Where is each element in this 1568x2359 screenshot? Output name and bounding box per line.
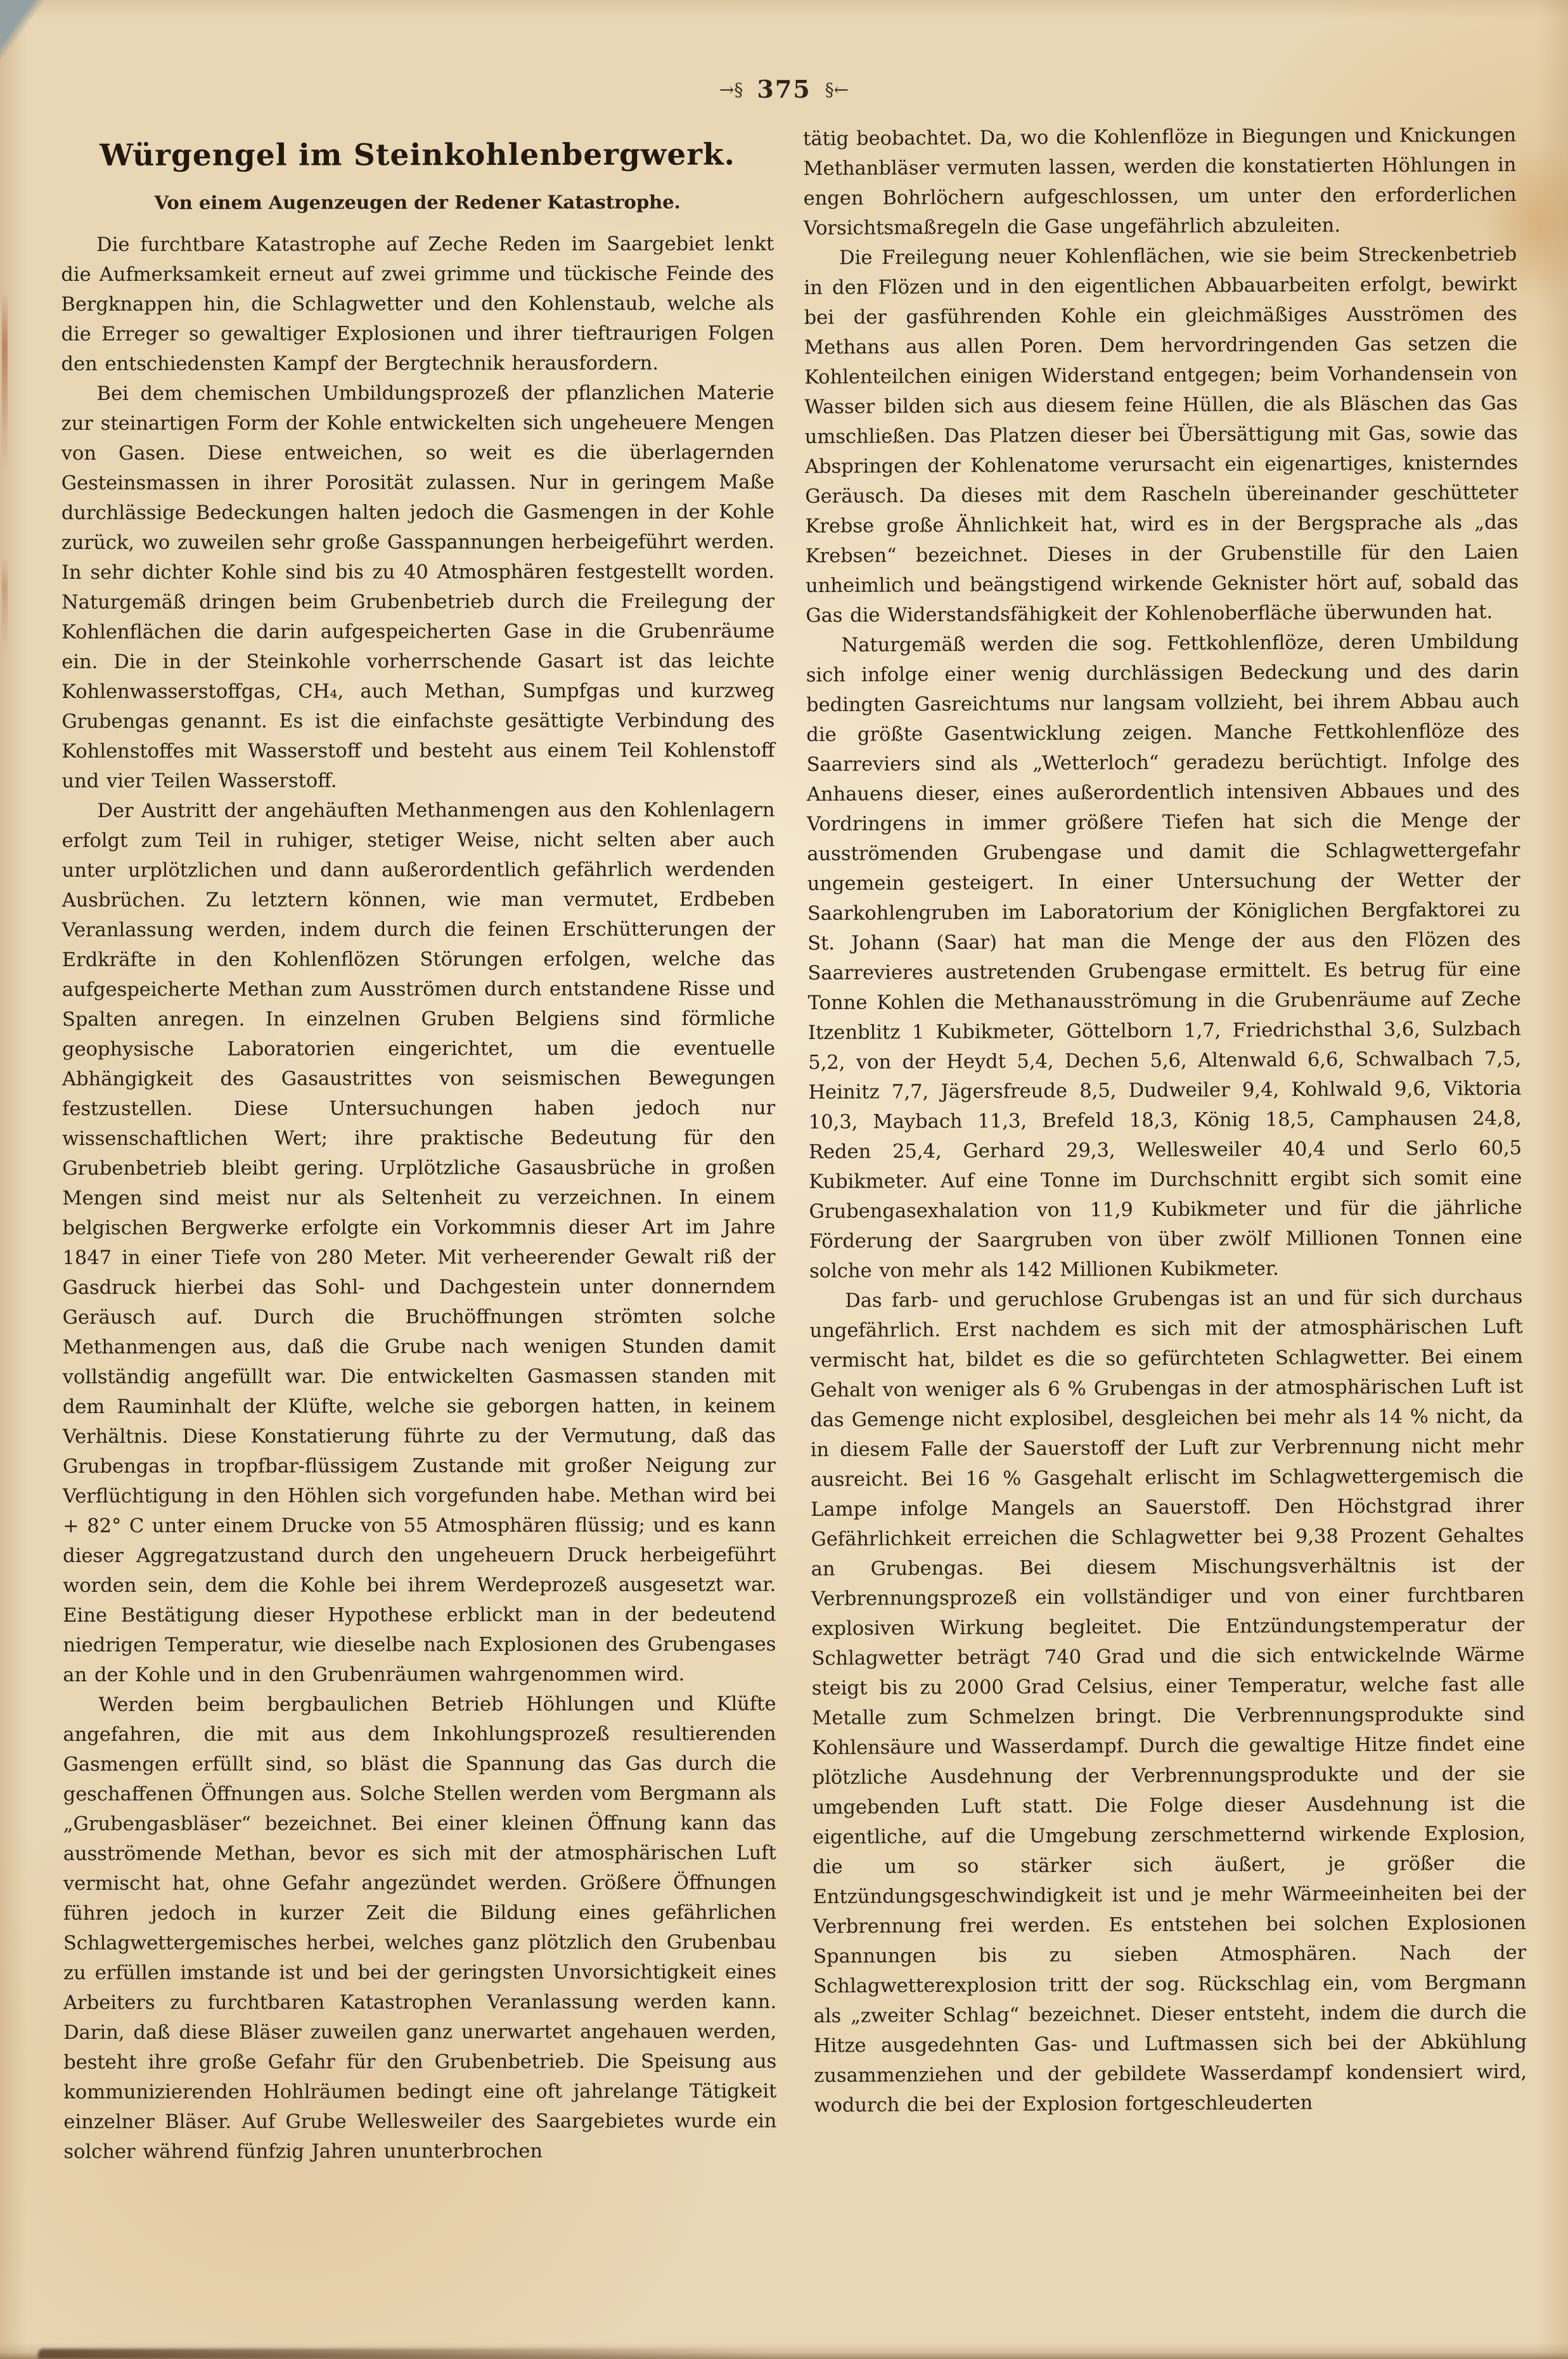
page-ornament-left-icon: →§ (719, 79, 743, 100)
article-subtitle: Von einem Augenzeugen der Redener Katast… (61, 191, 774, 214)
right-column: tätig beobachtet. Da, wo die Kohlenflöze… (803, 120, 1527, 2167)
article: Würgengel im Steinkohlenbergwerk. Von ei… (61, 124, 1516, 2167)
left-column: Würgengel im Steinkohlenbergwerk. Von ei… (61, 123, 776, 2166)
article-title: Würgengel im Steinkohlenbergwerk. (65, 138, 770, 172)
article-paragraph: Der Austritt der angehäuften Methanmenge… (61, 795, 776, 1690)
page-header: →§375§← (0, 75, 1568, 103)
page-ornament-right-icon: §← (825, 79, 849, 100)
article-paragraph: Naturgemäß werden die sog. Fettkohlenflö… (806, 627, 1522, 1286)
page-number: 375 (757, 75, 811, 103)
scan-edge-mark (2, 558, 8, 653)
article-paragraph: Werden beim bergbaulichen Betrieb Höhlun… (63, 1689, 776, 2167)
page-bottom-edge (0, 2353, 1568, 2359)
scan-edge-mark (2, 292, 8, 469)
scanned-page: →§375§← Würgengel im Steinkohlenbergwerk… (0, 0, 1568, 2359)
article-paragraph: Bei dem chemischen Umbildungsprozeß der … (61, 378, 775, 796)
article-paragraph: Die Freilegung neuer Kohlenflächen, wie … (804, 240, 1519, 631)
article-paragraph: Die furchtbare Katastrophe auf Zeche Red… (61, 229, 774, 379)
article-paragraph: Das farb- und geruchlose Grubengas ist a… (809, 1283, 1527, 2121)
article-paragraph: tätig beobachtet. Da, wo die Kohlenflöze… (803, 120, 1517, 243)
